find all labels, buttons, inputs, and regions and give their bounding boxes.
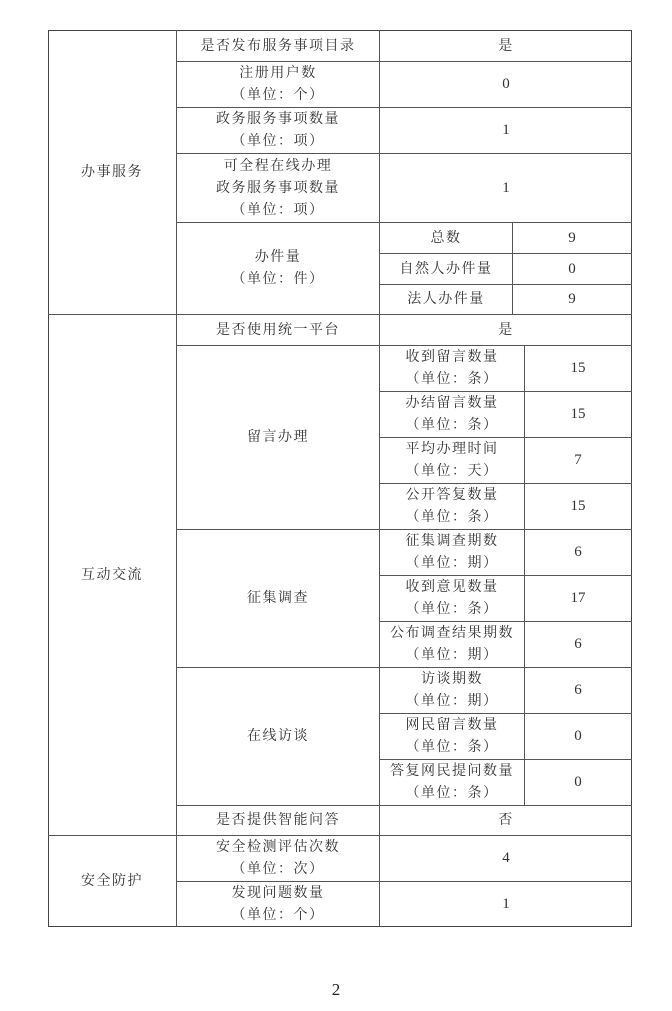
value-text: 0 bbox=[568, 258, 576, 280]
unit-label: （单位：条） bbox=[406, 414, 499, 436]
category-interaction: 互动交流 bbox=[48, 314, 176, 835]
page-number: 2 bbox=[0, 980, 672, 1000]
value-text: 1 bbox=[502, 893, 510, 915]
value-cell: 6 bbox=[524, 621, 632, 667]
report-table: 办事服务 互动交流 安全防护 是否发布服务事项目录 是 注册用户数（单位：个） … bbox=[48, 30, 632, 927]
value-cell: 4 bbox=[380, 835, 632, 881]
grid-line bbox=[380, 483, 632, 484]
value-cell: 0 bbox=[524, 759, 632, 805]
value-cell: 6 bbox=[524, 667, 632, 713]
value-text: 17 bbox=[571, 587, 586, 609]
value-text: 0 bbox=[574, 725, 582, 747]
value-text: 6 bbox=[574, 541, 582, 563]
item-label: 政务服务事项数量 bbox=[216, 177, 340, 199]
sub-item-label: 自然人办件量 bbox=[400, 258, 493, 280]
grid-line bbox=[380, 575, 632, 576]
sub-item-cell: 办结留言数量（单位：条） bbox=[380, 391, 524, 437]
unit-label: （单位：条） bbox=[406, 736, 499, 758]
item-cell: 可全程在线办理政务服务事项数量（单位：项） bbox=[176, 153, 380, 222]
value-text: 否 bbox=[498, 809, 514, 831]
value-text: 6 bbox=[574, 633, 582, 655]
value-cell: 0 bbox=[524, 713, 632, 759]
value-cell: 9 bbox=[512, 284, 632, 314]
sub-item-cell: 答复网民提问数量（单位：条） bbox=[380, 759, 524, 805]
sub-item-label: 访谈期数 bbox=[421, 668, 483, 690]
sub-item-cell: 总数 bbox=[380, 222, 512, 253]
unit-label: （单位：条） bbox=[406, 368, 499, 390]
value-text: 是 bbox=[498, 35, 514, 57]
value-cell: 17 bbox=[524, 575, 632, 621]
value-cell: 15 bbox=[524, 483, 632, 529]
value-text: 0 bbox=[502, 73, 510, 95]
item-cell: 是否使用统一平台 bbox=[176, 314, 380, 345]
unit-label: （单位：件） bbox=[232, 268, 325, 290]
grid-line bbox=[380, 391, 632, 392]
grid-line bbox=[176, 881, 632, 882]
sub-item-cell: 访谈期数（单位：期） bbox=[380, 667, 524, 713]
value-cell: 是 bbox=[380, 314, 632, 345]
sub-item-cell: 收到意见数量（单位：条） bbox=[380, 575, 524, 621]
value-cell: 7 bbox=[524, 437, 632, 483]
value-cell: 是 bbox=[380, 30, 632, 61]
item-label: 是否提供智能问答 bbox=[216, 809, 340, 831]
item-cell: 注册用户数（单位：个） bbox=[176, 61, 380, 107]
sub-item-label: 收到留言数量 bbox=[406, 346, 499, 368]
grid-line bbox=[380, 713, 632, 714]
item-cell: 发现问题数量（单位：个） bbox=[176, 881, 380, 927]
value-text: 15 bbox=[571, 357, 586, 379]
grid-line bbox=[176, 805, 632, 806]
value-text: 4 bbox=[502, 847, 510, 869]
value-cell: 否 bbox=[380, 805, 632, 835]
item-cell: 办件量（单位：件） bbox=[176, 222, 380, 314]
sub-item-label: 法人办件量 bbox=[407, 288, 485, 310]
unit-label: （单位：项） bbox=[232, 199, 325, 221]
item-cell: 留言办理 bbox=[176, 345, 380, 529]
grid-line bbox=[176, 107, 632, 108]
grid-line bbox=[380, 621, 632, 622]
value-cell: 1 bbox=[380, 107, 632, 153]
grid-line bbox=[379, 30, 380, 927]
unit-label: （单位：个） bbox=[232, 904, 325, 926]
sub-item-label: 平均办理时间 bbox=[406, 438, 499, 460]
value-cell: 6 bbox=[524, 529, 632, 575]
sub-item-label: 总数 bbox=[431, 227, 462, 249]
grid-line bbox=[176, 529, 632, 530]
sub-item-cell: 自然人办件量 bbox=[380, 253, 512, 284]
grid-line bbox=[380, 253, 632, 254]
unit-label: （单位：项） bbox=[232, 130, 325, 152]
item-label: 是否发布服务事项目录 bbox=[201, 35, 356, 57]
grid-line bbox=[176, 667, 632, 668]
value-text: 0 bbox=[574, 771, 582, 793]
grid-line bbox=[176, 153, 632, 154]
value-cell: 1 bbox=[380, 153, 632, 222]
unit-label: （单位：期） bbox=[406, 644, 499, 666]
item-label: 留言办理 bbox=[247, 426, 309, 448]
grid-line bbox=[48, 314, 632, 315]
unit-label: （单位：天） bbox=[406, 460, 499, 482]
item-label: 是否使用统一平台 bbox=[216, 319, 340, 341]
sub-item-label: 网民留言数量 bbox=[406, 714, 499, 736]
value-text: 15 bbox=[571, 495, 586, 517]
value-text: 1 bbox=[502, 177, 510, 199]
value-text: 6 bbox=[574, 679, 582, 701]
sub-item-cell: 收到留言数量（单位：条） bbox=[380, 345, 524, 391]
sub-item-cell: 公布调查结果期数（单位：期） bbox=[380, 621, 524, 667]
category-label: 互动交流 bbox=[81, 564, 143, 586]
value-text: 9 bbox=[568, 288, 576, 310]
grid-line bbox=[48, 835, 632, 836]
item-cell: 政务服务事项数量（单位：项） bbox=[176, 107, 380, 153]
value-cell: 0 bbox=[512, 253, 632, 284]
grid-line bbox=[176, 345, 632, 346]
sub-item-label: 办结留言数量 bbox=[406, 392, 499, 414]
item-cell: 是否提供智能问答 bbox=[176, 805, 380, 835]
grid-line bbox=[380, 759, 632, 760]
unit-label: （单位：条） bbox=[406, 782, 499, 804]
category-label: 办事服务 bbox=[81, 161, 143, 183]
value-text: 是 bbox=[498, 319, 514, 341]
value-cell: 1 bbox=[380, 881, 632, 927]
grid-line bbox=[176, 61, 632, 62]
sub-item-label: 征集调查期数 bbox=[406, 530, 499, 552]
item-cell: 征集调查 bbox=[176, 529, 380, 667]
grid-line bbox=[380, 284, 632, 285]
sub-item-cell: 征集调查期数（单位：期） bbox=[380, 529, 524, 575]
value-text: 7 bbox=[574, 449, 582, 471]
sub-item-cell: 法人办件量 bbox=[380, 284, 512, 314]
item-label: 安全检测评估次数 bbox=[216, 836, 340, 858]
unit-label: （单位：次） bbox=[232, 858, 325, 880]
unit-label: （单位：个） bbox=[232, 84, 325, 106]
sub-item-label: 答复网民提问数量 bbox=[390, 760, 514, 782]
category-service: 办事服务 bbox=[48, 30, 176, 314]
sub-item-label: 公布调查结果期数 bbox=[390, 622, 514, 644]
value-cell: 9 bbox=[512, 222, 632, 253]
item-label: 在线访谈 bbox=[247, 725, 309, 747]
value-text: 15 bbox=[571, 403, 586, 425]
item-cell: 在线访谈 bbox=[176, 667, 380, 805]
value-text: 9 bbox=[568, 227, 576, 249]
value-text: 1 bbox=[502, 119, 510, 141]
unit-label: （单位：期） bbox=[406, 552, 499, 574]
sub-item-label: 收到意见数量 bbox=[406, 576, 499, 598]
unit-label: （单位：条） bbox=[406, 506, 499, 528]
sub-item-cell: 平均办理时间（单位：天） bbox=[380, 437, 524, 483]
value-cell: 15 bbox=[524, 345, 632, 391]
value-cell: 0 bbox=[380, 61, 632, 107]
category-label: 安全防护 bbox=[81, 870, 143, 892]
item-cell: 安全检测评估次数（单位：次） bbox=[176, 835, 380, 881]
item-label: 征集调查 bbox=[247, 587, 309, 609]
sub-item-cell: 网民留言数量（单位：条） bbox=[380, 713, 524, 759]
category-security: 安全防护 bbox=[48, 835, 176, 927]
unit-label: （单位：期） bbox=[406, 690, 499, 712]
unit-label: （单位：条） bbox=[406, 598, 499, 620]
item-label: 政务服务事项数量 bbox=[216, 108, 340, 130]
grid-line bbox=[176, 222, 632, 223]
item-label: 注册用户数 bbox=[239, 62, 317, 84]
value-cell: 15 bbox=[524, 391, 632, 437]
item-label: 发现问题数量 bbox=[232, 882, 325, 904]
item-label: 可全程在线办理 bbox=[224, 155, 333, 177]
grid-line bbox=[176, 30, 177, 927]
item-label: 办件量 bbox=[255, 246, 302, 268]
sub-item-label: 公开答复数量 bbox=[406, 484, 499, 506]
grid-line bbox=[512, 222, 513, 314]
grid-line bbox=[380, 437, 632, 438]
item-cell: 是否发布服务事项目录 bbox=[176, 30, 380, 61]
sub-item-cell: 公开答复数量（单位：条） bbox=[380, 483, 524, 529]
